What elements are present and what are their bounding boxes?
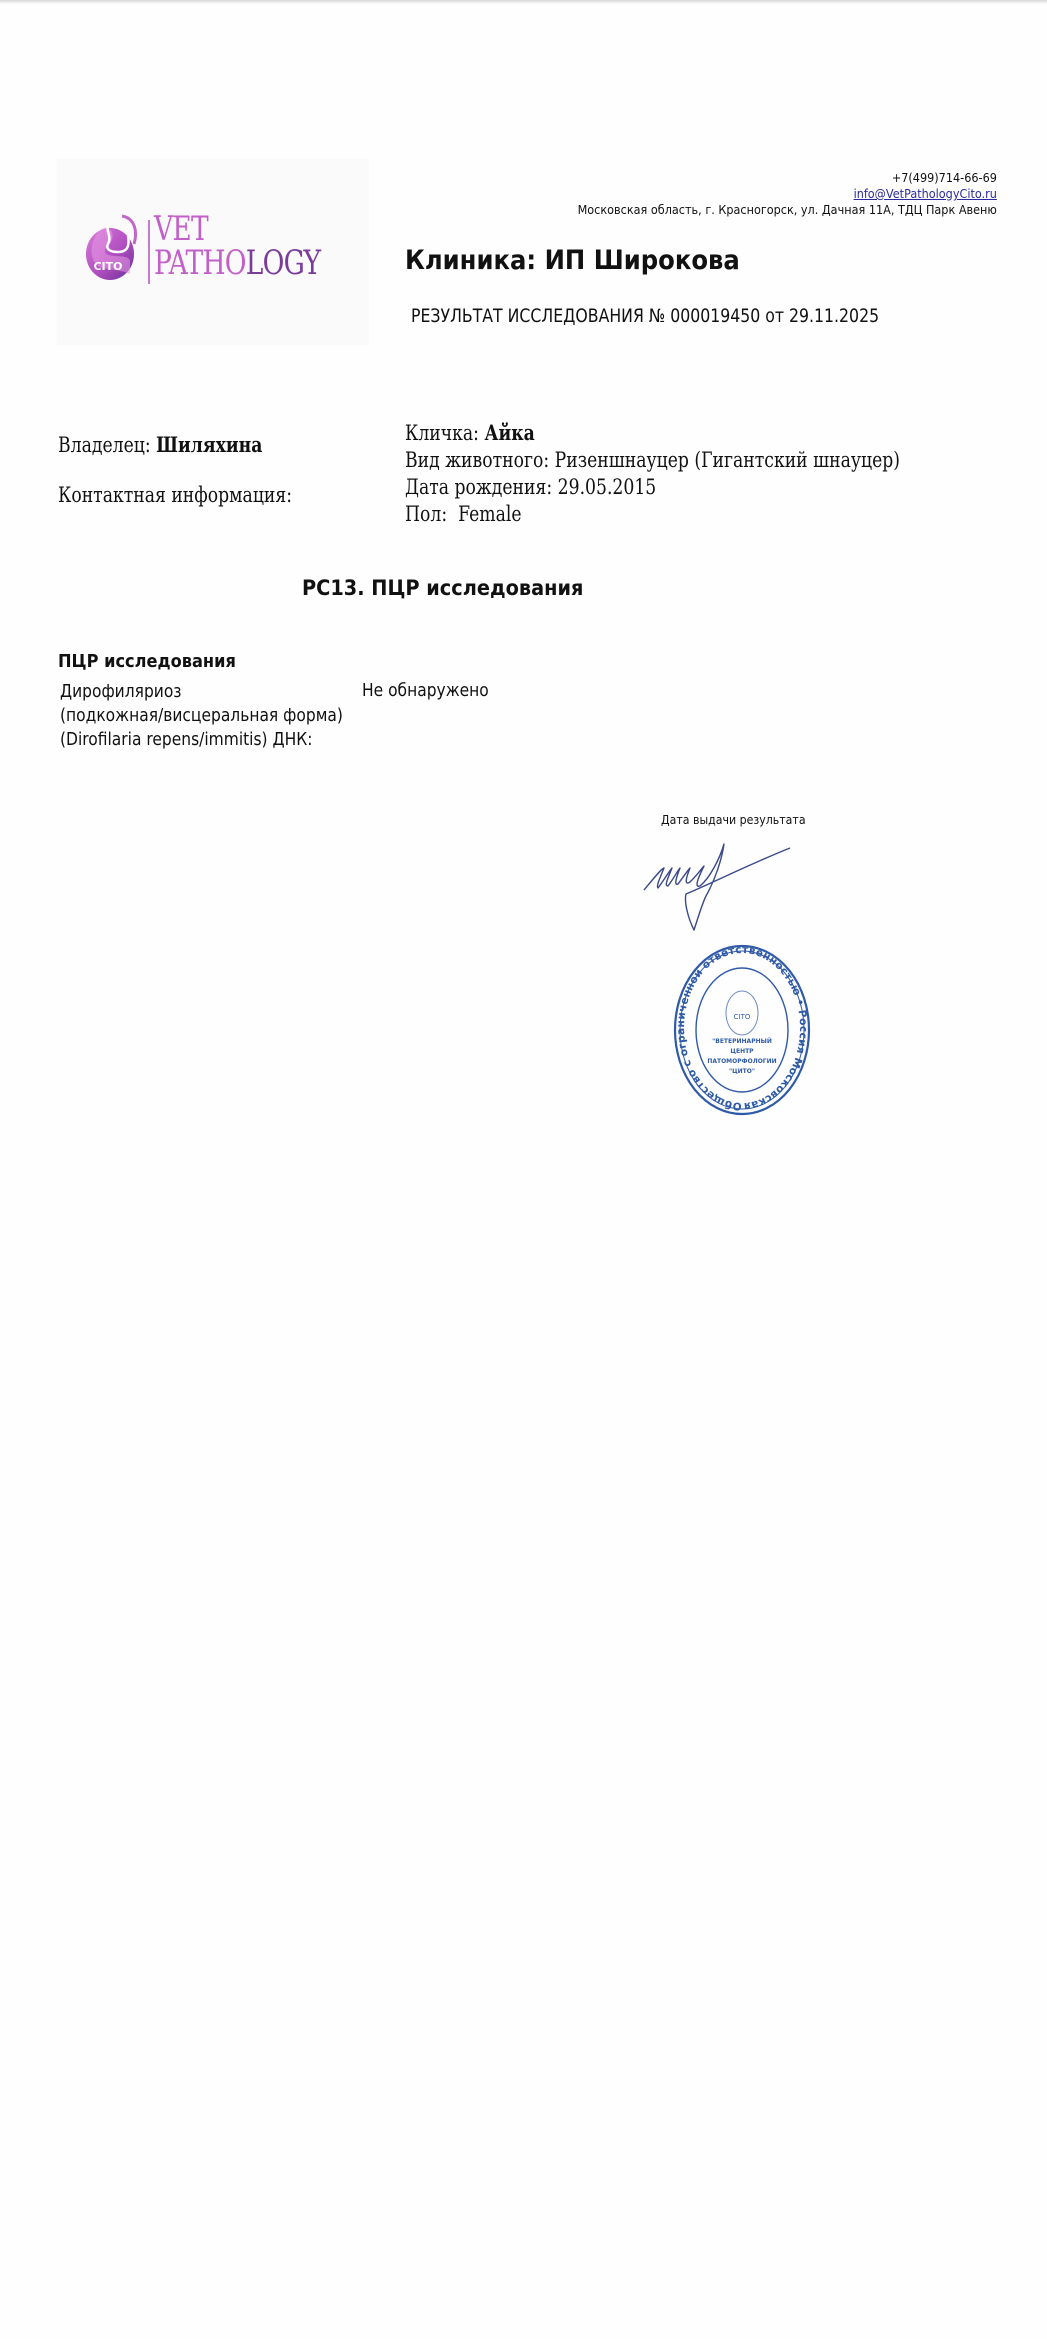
owner-line: Владелец: Шиляхина	[58, 432, 262, 457]
pet-birth-line: Дата рождения: 29.05.2015	[405, 474, 900, 501]
test-name: Дирофиляриоз (подкожная/висцеральная фор…	[60, 680, 343, 752]
clinic-contact-block: +7(499)714-66-69 info@VetPathologyCito.r…	[578, 170, 997, 218]
pet-info: Кличка: Айка Вид животного: Ризеншнауцер…	[405, 419, 900, 528]
owner-name: Шиляхина	[156, 432, 262, 457]
phone-number: +7(499)714-66-69	[578, 170, 997, 186]
top-shadow	[0, 0, 1047, 4]
logo-divider	[148, 220, 150, 284]
svg-text:ПАТОМОРФОЛОГИИ: ПАТОМОРФОЛОГИИ	[707, 1058, 776, 1065]
owner-label: Владелец:	[58, 433, 151, 457]
test-result: Не обнаружено	[362, 680, 489, 701]
pet-name-line: Кличка: Айка	[405, 419, 900, 447]
result-title: РЕЗУЛЬТАТ ИССЛЕДОВАНИЯ № 000019450 от 29…	[411, 306, 879, 327]
svg-text:CITO: CITO	[93, 260, 122, 273]
company-stamp: Общество с ограниченной ответственностью…	[672, 943, 812, 1118]
pet-species: Ризеншнауцер (Гигантский шнауцер)	[555, 448, 900, 472]
issue-date-label: Дата выдачи результата	[661, 812, 806, 827]
pet-birth: 29.05.2015	[558, 475, 657, 499]
svg-text:ЦЕНТР: ЦЕНТР	[730, 1048, 754, 1055]
pet-sex: Female	[458, 502, 521, 526]
cat-logo-icon: CITO	[84, 212, 142, 284]
address: Московская область, г. Красногорск, ул. …	[578, 202, 997, 218]
logo-text-pathology: PATHOLOGY	[154, 246, 320, 280]
pet-name: Айка	[484, 420, 534, 445]
clinic-title: Клиника: ИП Широкова	[405, 245, 740, 276]
pet-species-line: Вид животного: Ризеншнауцер (Гигантский …	[405, 447, 900, 474]
section-title: PC13. ПЦР исследования	[302, 576, 583, 600]
pet-sex-line: Пол: Female	[405, 501, 900, 528]
group-title: ПЦР исследования	[58, 651, 236, 672]
svg-text:"ЦИТО": "ЦИТО"	[729, 1068, 755, 1075]
svg-text:CITO: CITO	[734, 1013, 751, 1021]
signature-icon	[640, 838, 800, 938]
contact-info-label: Контактная информация:	[58, 483, 292, 507]
svg-text:"ВЕТЕРИНАРНЫЙ: "ВЕТЕРИНАРНЫЙ	[712, 1037, 772, 1045]
email-link[interactable]: info@VetPathologyCito.ru	[854, 186, 997, 201]
logo-text-vet: VET	[154, 212, 208, 246]
